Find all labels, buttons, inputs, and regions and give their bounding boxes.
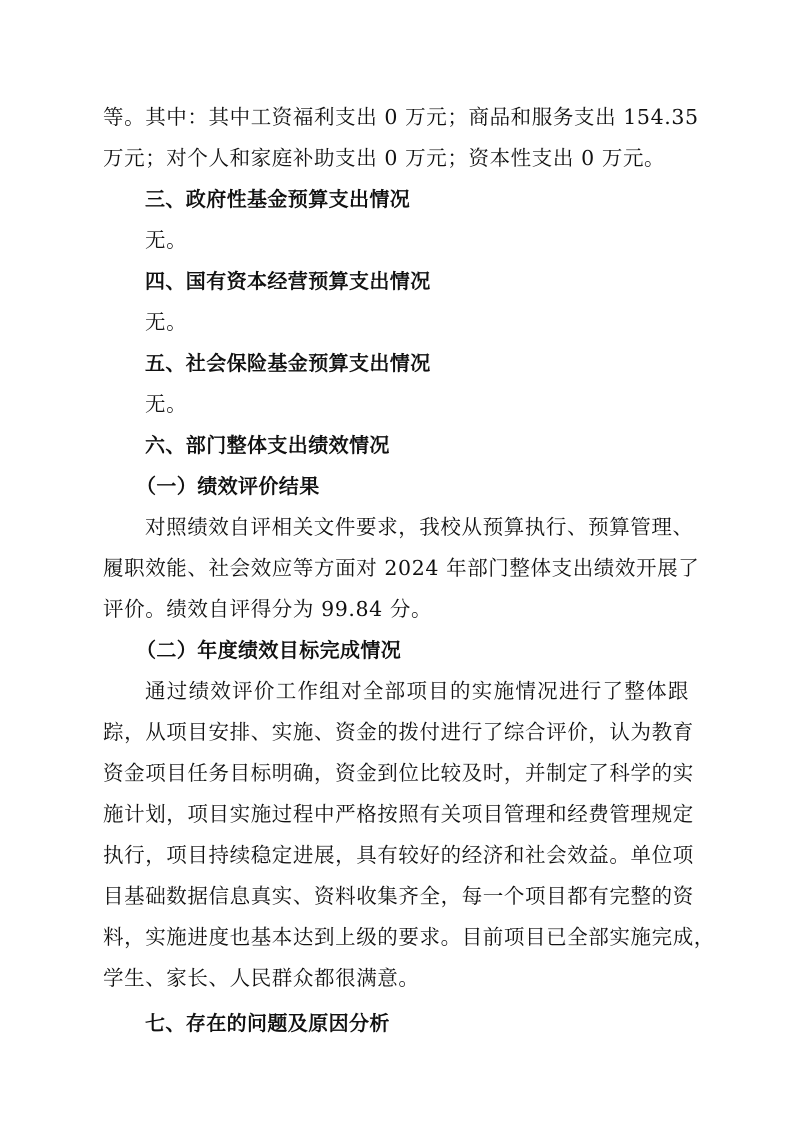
paragraph-line: 执行，项目持续稳定进展，具有较好的经济和社会效益。单位项 xyxy=(103,835,689,876)
paragraph-line: 踪，从项目安排、实施、资金的拨付进行了综合评价，认为教育 xyxy=(103,712,689,753)
document-page: 等。其中：其中工资福利支出 0 万元；商品和服务支出 154.35 万元；对个人… xyxy=(103,97,689,1044)
subsection-heading-6-2: （二）年度绩效目标完成情况 xyxy=(103,630,689,671)
paragraph-line: 万元；对个人和家庭补助支出 0 万元；资本性支出 0 万元。 xyxy=(103,138,689,179)
section-body-5: 无。 xyxy=(103,384,689,425)
paragraph-line: 目基础数据信息真实、资料收集齐全，每一个项目都有完整的资 xyxy=(103,876,689,917)
paragraph-line: 通过绩效评价工作组对全部项目的实施情况进行了整体跟 xyxy=(103,671,689,712)
section-heading-7: 七、存在的问题及原因分析 xyxy=(103,1003,689,1044)
paragraph-line: 资金项目任务目标明确，资金到位比较及时，并制定了科学的实 xyxy=(103,753,689,794)
paragraph-line: 对照绩效自评相关文件要求，我校从预算执行、预算管理、 xyxy=(103,507,689,548)
section-heading-4: 四、国有资本经营预算支出情况 xyxy=(103,261,689,302)
section-heading-5: 五、社会保险基金预算支出情况 xyxy=(103,343,689,384)
paragraph-line: 履职效能、社会效应等方面对 2024 年部门整体支出绩效开展了 xyxy=(103,548,689,589)
section-heading-6: 六、部门整体支出绩效情况 xyxy=(103,425,689,466)
section-heading-3: 三、政府性基金预算支出情况 xyxy=(103,179,689,220)
section-body-4: 无。 xyxy=(103,302,689,343)
paragraph-line: 学生、家长、人民群众都很满意。 xyxy=(103,958,689,999)
subsection-heading-6-1: （一）绩效评价结果 xyxy=(103,466,689,507)
paragraph-line: 评价。绩效自评得分为 99.84 分。 xyxy=(103,589,689,630)
paragraph-line: 施计划，项目实施过程中严格按照有关项目管理和经费管理规定 xyxy=(103,794,689,835)
paragraph-line: 等。其中：其中工资福利支出 0 万元；商品和服务支出 154.35 xyxy=(103,97,689,138)
section-body-3: 无。 xyxy=(103,220,689,261)
paragraph-line: 料，实施进度也基本达到上级的要求。目前项目已全部实施完成， xyxy=(103,917,689,958)
